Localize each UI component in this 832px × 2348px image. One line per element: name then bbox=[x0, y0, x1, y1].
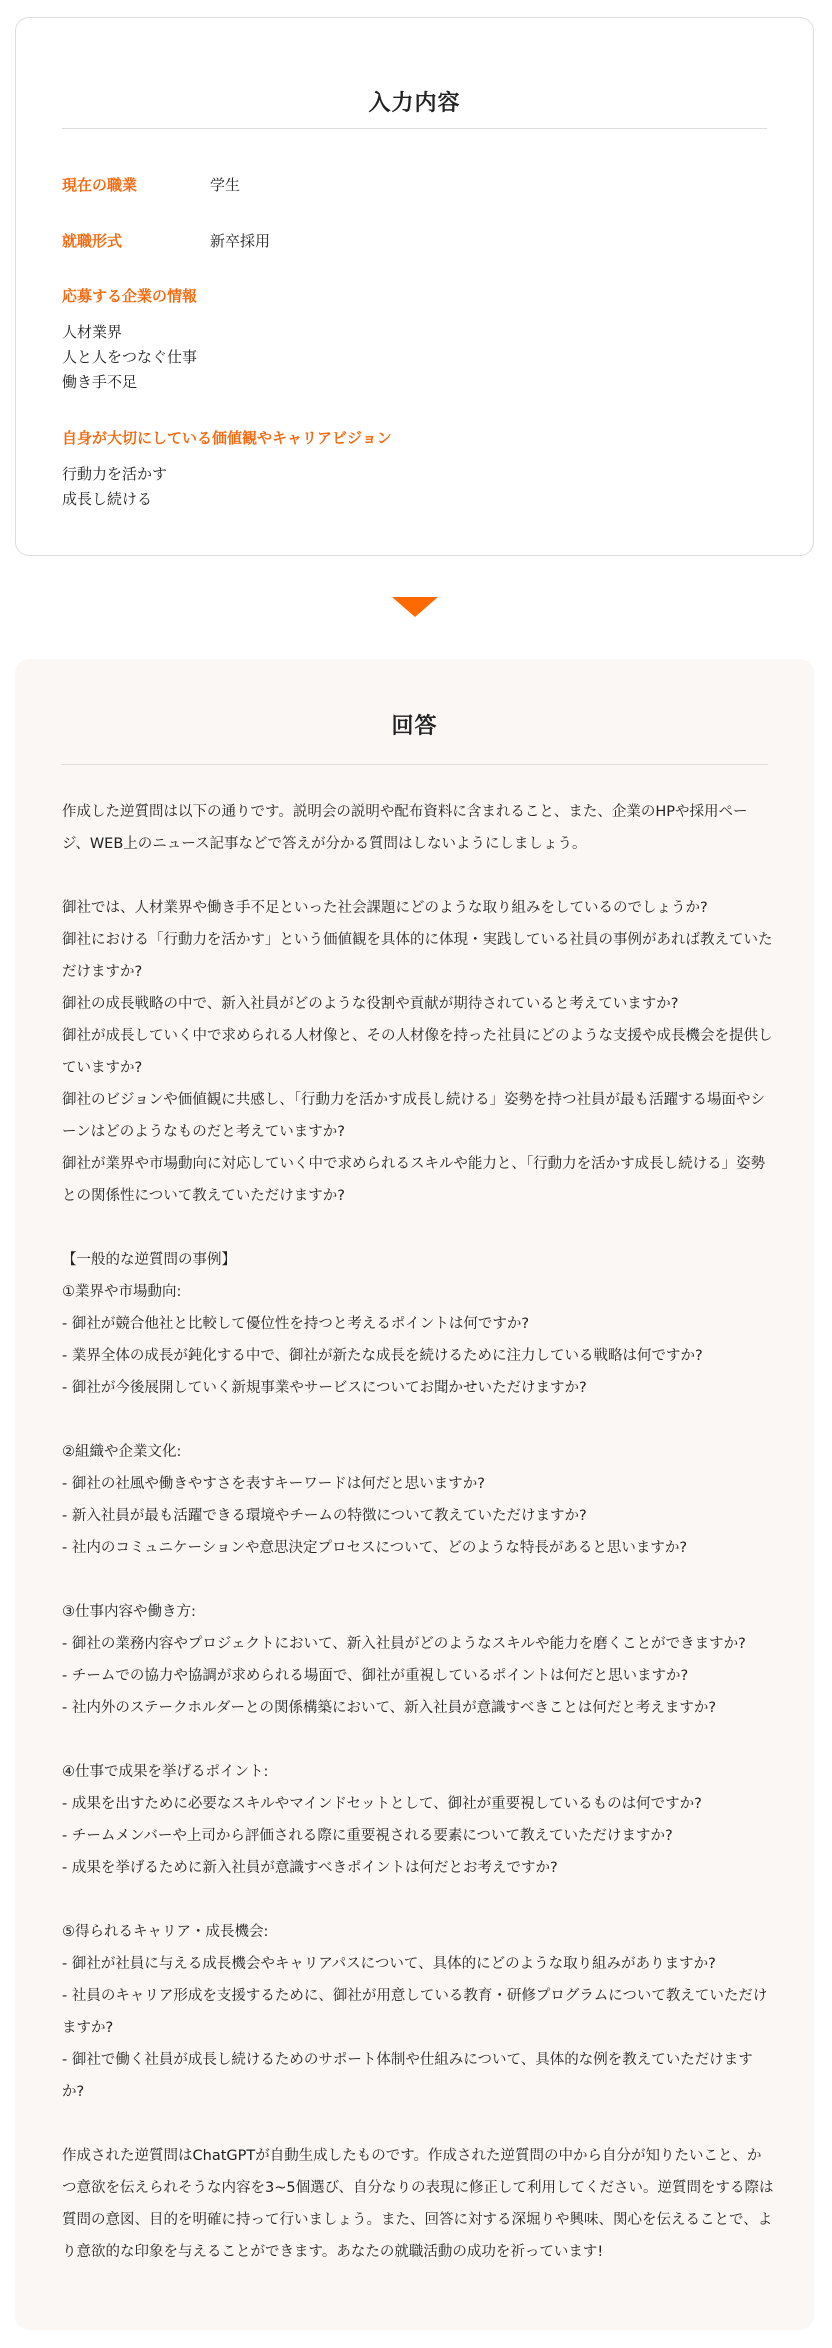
category-achievement-points: ④仕事で成果を挙げるポイント: - 成果を出すために必要なスキルやマインドセット… bbox=[62, 1756, 774, 1884]
category-career-growth: ⑤得られるキャリア・成長機会: - 御社が社員に与える成長機会やキャリアパスにつ… bbox=[62, 1916, 774, 2108]
field-label-company-info: 応募する企業の情報 bbox=[62, 285, 197, 306]
custom-question: 御社が成長していく中で求められる人材像と、その人材像を持った社員にどのような支援… bbox=[62, 1020, 774, 1084]
field-employment-type: 就職形式 新卒採用 bbox=[62, 230, 122, 251]
field-values-vision: 自身が大切にしている価値観やキャリアビジョン 行動力を活かす 成長し続ける bbox=[62, 427, 392, 512]
category-item: - 成果を出すために必要なスキルやマインドセットとして、御社が重要視しているもの… bbox=[62, 1788, 774, 1820]
category-item: - 業界全体の成長が鈍化する中で、御社が新たな成長を続けるために注力している戦略… bbox=[62, 1340, 774, 1372]
field-value-company-info: 人材業界 人と人をつなぐ仕事 働き手不足 bbox=[62, 320, 197, 395]
answer-closing: 作成された逆質問はChatGPTが自動生成したものです。作成された逆質問の中から… bbox=[62, 2140, 774, 2268]
category-item: - 新入社員が最も活躍できる環境やチームの特徴について教えていただけますか? bbox=[62, 1500, 774, 1532]
category-title: ②組織や企業文化: bbox=[62, 1436, 774, 1468]
input-card-title: 入力内容 bbox=[16, 86, 813, 117]
category-item: - 御社が今後展開していく新規事業やサービスについてお聞かせいただけますか? bbox=[62, 1372, 774, 1404]
category-item: - 御社が競合他社と比較して優位性を持つと考えるポイントは何ですか? bbox=[62, 1308, 774, 1340]
field-company-info: 応募する企業の情報 人材業界 人と人をつなぐ仕事 働き手不足 bbox=[62, 285, 197, 395]
general-examples-heading: 【一般的な逆質問の事例】 bbox=[62, 1244, 774, 1276]
field-label-values-vision: 自身が大切にしている価値観やキャリアビジョン bbox=[62, 427, 392, 448]
company-info-line: 人と人をつなぐ仕事 bbox=[62, 345, 197, 370]
answer-card: 回答 作成した逆質問は以下の通りです。説明会の説明や配布資料に含まれること、また… bbox=[15, 659, 814, 2330]
category-title: ①業界や市場動向: bbox=[62, 1276, 774, 1308]
values-vision-line: 行動力を活かす bbox=[62, 462, 392, 487]
category-item: - 御社の社風や働きやすさを表すキーワードは何だと思いますか? bbox=[62, 1468, 774, 1500]
company-info-line: 働き手不足 bbox=[62, 370, 197, 395]
category-market-trends: ①業界や市場動向: - 御社が競合他社と比較して優位性を持つと考えるポイントは何… bbox=[62, 1276, 774, 1404]
answer-body: 作成した逆質問は以下の通りです。説明会の説明や配布資料に含まれること、また、企業… bbox=[62, 796, 774, 2268]
category-title: ④仕事で成果を挙げるポイント: bbox=[62, 1756, 774, 1788]
category-work-content: ③仕事内容や働き方: - 御社の業務内容やプロジェクトにおいて、新入社員がどのよ… bbox=[62, 1596, 774, 1724]
triangle-down-icon bbox=[392, 597, 438, 617]
category-item: - チームメンバーや上司から評価される際に重要視される要素について教えていただけ… bbox=[62, 1820, 774, 1852]
company-info-line: 人材業界 bbox=[62, 320, 197, 345]
values-vision-line: 成長し続ける bbox=[62, 487, 392, 512]
field-value-occupation: 学生 bbox=[210, 174, 240, 195]
custom-question: 御社における「行動力を活かす」という価値観を具体的に体現・実践している社員の事例… bbox=[62, 924, 774, 988]
category-item: - 成果を挙げるために新入社員が意識すべきポイントは何だとお考えですか? bbox=[62, 1852, 774, 1884]
answer-card-divider bbox=[61, 764, 768, 765]
custom-question: 御社が業界や市場動向に対応していく中で求められるスキルや能力と、「行動力を活かす… bbox=[62, 1148, 774, 1212]
field-value-employment-type: 新卒採用 bbox=[210, 230, 270, 251]
input-summary-card: 入力内容 現在の職業 学生 就職形式 新卒採用 応募する企業の情報 人材業界 人… bbox=[15, 17, 814, 556]
category-organization-culture: ②組織や企業文化: - 御社の社風や働きやすさを表すキーワードは何だと思いますか… bbox=[62, 1436, 774, 1564]
answer-card-title: 回答 bbox=[15, 709, 814, 740]
custom-question: 御社では、人材業界や働き手不足といった社会課題にどのような取り組みをしているので… bbox=[62, 892, 774, 924]
field-label-occupation: 現在の職業 bbox=[62, 176, 137, 194]
field-label-employment-type: 就職形式 bbox=[62, 232, 122, 250]
category-title: ⑤得られるキャリア・成長機会: bbox=[62, 1916, 774, 1948]
category-item: - 社内外のステークホルダーとの関係構築において、新入社員が意識すべきことは何だ… bbox=[62, 1692, 774, 1724]
field-value-values-vision: 行動力を活かす 成長し続ける bbox=[62, 462, 392, 512]
category-item: - 御社で働く社員が成長し続けるためのサポート体制や仕組みについて、具体的な例を… bbox=[62, 2044, 774, 2108]
answer-intro: 作成した逆質問は以下の通りです。説明会の説明や配布資料に含まれること、また、企業… bbox=[62, 796, 774, 860]
input-card-divider bbox=[62, 128, 767, 129]
field-current-occupation: 現在の職業 学生 bbox=[62, 174, 137, 195]
category-item: - 御社が社員に与える成長機会やキャリアパスについて、具体的にどのような取り組み… bbox=[62, 1948, 774, 1980]
custom-question: 御社のビジョンや価値観に共感し、「行動力を活かす成長し続ける」姿勢を持つ社員が最… bbox=[62, 1084, 774, 1148]
custom-questions-list: 御社では、人材業界や働き手不足といった社会課題にどのような取り組みをしているので… bbox=[62, 892, 774, 1212]
category-item: - 社内のコミュニケーションや意思決定プロセスについて、どのような特長があると思… bbox=[62, 1532, 774, 1564]
category-item: - 御社の業務内容やプロジェクトにおいて、新入社員がどのようなスキルや能力を磨く… bbox=[62, 1628, 774, 1660]
custom-question: 御社の成長戦略の中で、新入社員がどのような役割や貢献が期待されていると考えていま… bbox=[62, 988, 774, 1020]
category-item: - 社員のキャリア形成を支援するために、御社が用意している教育・研修プログラムに… bbox=[62, 1980, 774, 2044]
category-title: ③仕事内容や働き方: bbox=[62, 1596, 774, 1628]
category-item: - チームでの協力や協調が求められる場面で、御社が重視しているポイントは何だと思… bbox=[62, 1660, 774, 1692]
